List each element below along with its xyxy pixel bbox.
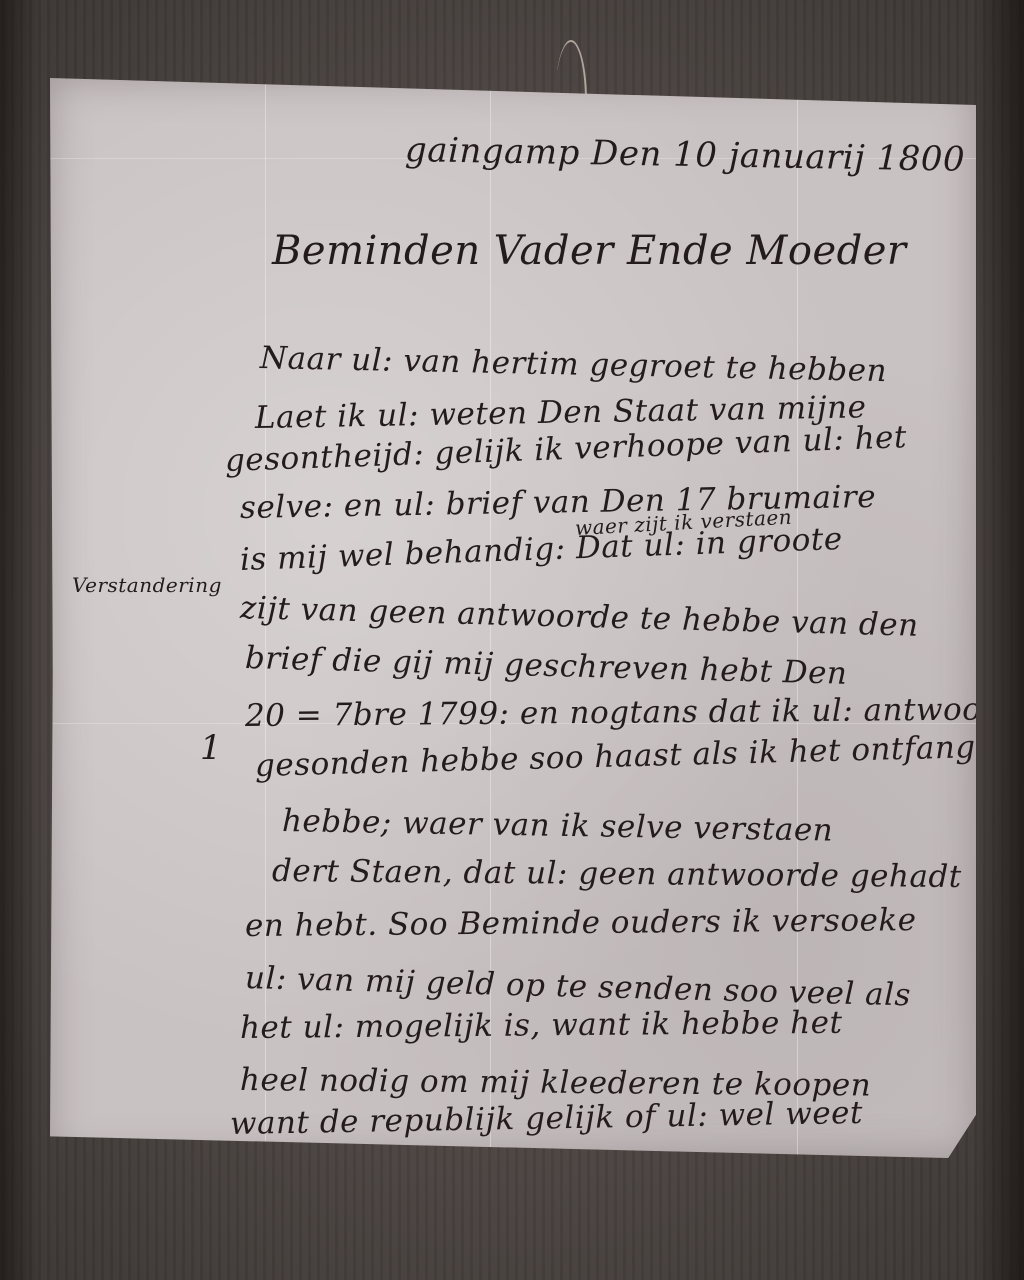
body-line: dert Staen, dat ul: geen antwoorde gehad… [272, 853, 962, 895]
body-line: Naar ul: van hertim gegroet te hebben [260, 340, 888, 389]
background-edge-right [974, 0, 1024, 1280]
body-line: want de republijk gelijk of ul: wel weet [230, 1095, 864, 1142]
margin-mark: 1 [200, 728, 222, 768]
body-line: hebbe; waer van ik selve verstaen [282, 803, 834, 849]
dateline: gaingamp Den 10 januarij 1800 [405, 130, 966, 180]
body-line: is mij wel behandig: Dat ul: in groote [239, 521, 843, 578]
body-line: 20 = 7bre 1799: en nogtans dat ik ul: an… [245, 691, 1024, 734]
margin-note: Verstandering [72, 573, 222, 597]
body-line: gesonden hebbe soo haast als ik het ontf… [255, 728, 1016, 784]
body-line: en hebt. Soo Beminde ouders ik versoeke [245, 902, 917, 944]
letter-sheet: gaingamp Den 10 januarij 1800 Beminden V… [50, 78, 976, 1158]
body-line: brief die gij mij geschreven hebt Den [245, 640, 848, 692]
body-line: het ul: mogelijk is, want ik hebbe het [240, 1005, 843, 1046]
body-line: zijt van geen antwoorde te hebbe van den [240, 590, 920, 644]
background-edge-left [0, 0, 40, 1280]
salutation: Beminden Vader Ende Moeder [272, 228, 907, 274]
